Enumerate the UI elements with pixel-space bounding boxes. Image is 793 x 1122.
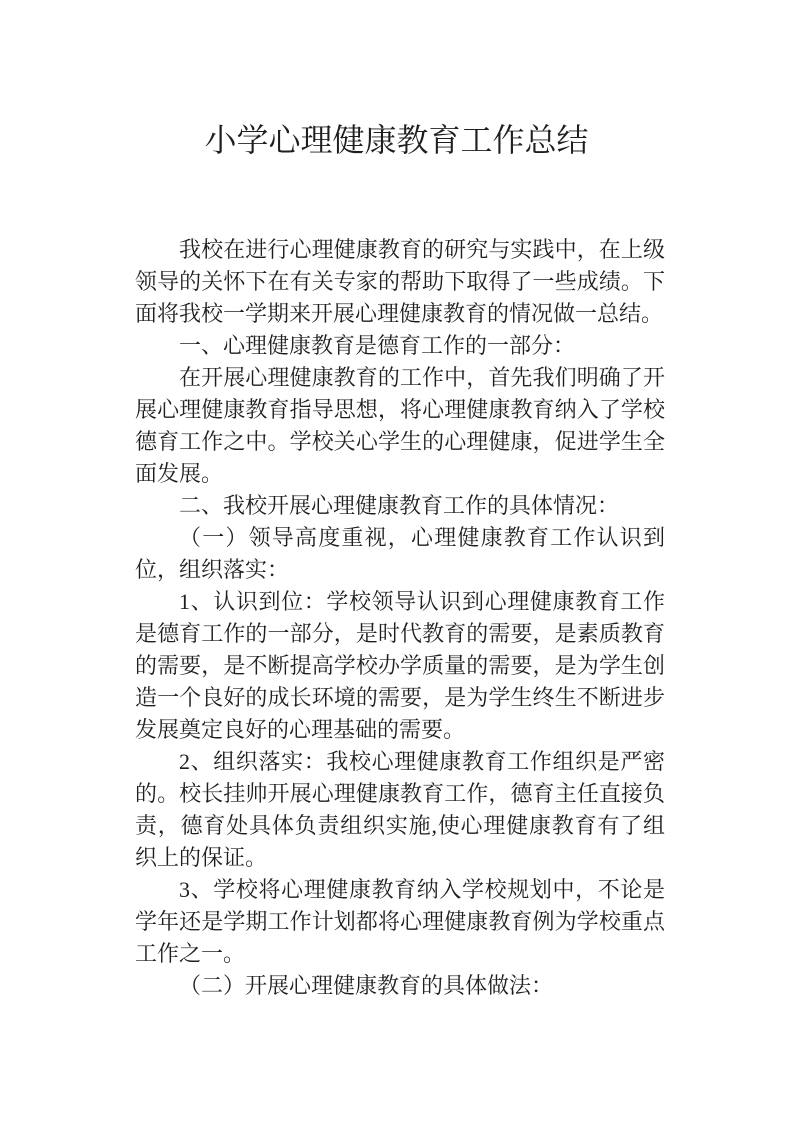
document-body: 我校在进行心理健康教育的研究与实践中，在上级领导的关怀下在有关专家的帮助下取得了… — [135, 234, 665, 1002]
section-2-sub-2-heading: （二）开展心理健康教育的具体做法： — [135, 970, 665, 1002]
item-2-paragraph: 2、组织落实：我校心理健康教育工作组织是严密的。校长挂帅开展心理健康教育工作，德… — [135, 746, 665, 874]
section-2-sub-1-heading: （一）领导高度重视，心理健康教育工作认识到位，组织落实： — [135, 522, 665, 586]
section-2-heading: 二、我校开展心理健康教育工作的具体情况： — [135, 490, 665, 522]
item-1-paragraph: 1、认识到位：学校领导认识到心理健康教育工作是德育工作的一部分，是时代教育的需要… — [135, 586, 665, 746]
intro-paragraph: 我校在进行心理健康教育的研究与实践中，在上级领导的关怀下在有关专家的帮助下取得了… — [135, 234, 665, 330]
item-3-paragraph: 3、学校将心理健康教育纳入学校规划中，不论是学年还是学期工作计划都将心理健康教育… — [135, 874, 665, 970]
document-page: 小学心理健康教育工作总结 我校在进行心理健康教育的研究与实践中，在上级领导的关怀… — [0, 0, 793, 1122]
section-1-paragraph: 在开展心理健康教育的工作中，首先我们明确了开展心理健康教育指导思想，将心理健康教… — [135, 362, 665, 490]
section-1-heading: 一、心理健康教育是德育工作的一部分： — [135, 330, 665, 362]
document-title: 小学心理健康教育工作总结 — [0, 0, 793, 164]
